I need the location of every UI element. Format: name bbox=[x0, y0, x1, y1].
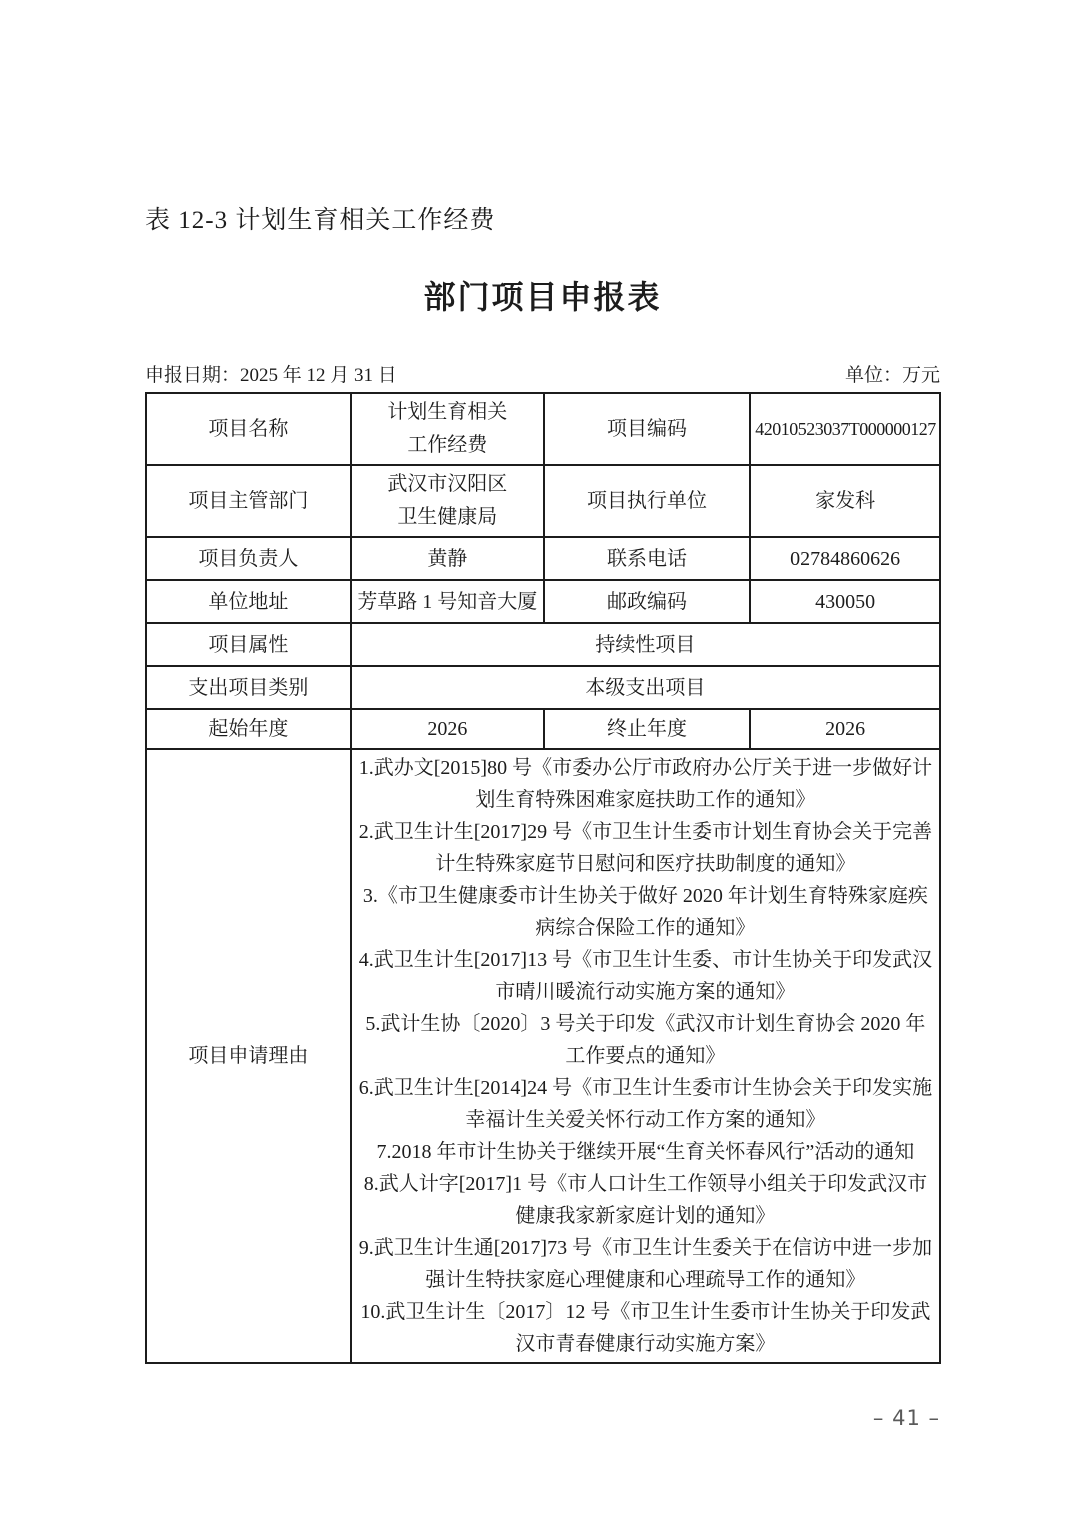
table-row: 支出项目类别 本级支出项目 bbox=[146, 666, 940, 709]
table-row: 单位地址 芳草路 1 号知音大厦 邮政编码 430050 bbox=[146, 580, 940, 623]
table-row: 项目属性 持续性项目 bbox=[146, 623, 940, 666]
postcode-label: 邮政编码 bbox=[544, 580, 750, 623]
document-page: 表 12-3 计划生育相关工作经费 部门项目申报表 申报日期：2025 年 12… bbox=[0, 0, 1074, 1520]
reason-item: 10.武卫生计生〔2017〕12 号《市卫生计生委市计生协关于印发武汉市青春健康… bbox=[356, 1296, 935, 1360]
exec-unit-label: 项目执行单位 bbox=[544, 465, 750, 537]
expense-type-value: 本级支出项目 bbox=[351, 666, 940, 709]
address-value: 芳草路 1 号知音大厦 bbox=[351, 580, 544, 623]
dept-value: 武汉市汉阳区 卫生健康局 bbox=[351, 465, 544, 537]
reason-item: 6.武卫生计生[2014]24 号《市卫生计生委市计生协会关于印发实施幸福计生关… bbox=[356, 1072, 935, 1136]
reason-item: 3.《市卫生健康委市计生协关于做好 2020 年计划生育特殊家庭疾病综合保险工作… bbox=[356, 880, 935, 944]
table-row: 项目申请理由 1.武办文[2015]80 号《市委办公厅市政府办公厅关于进一步做… bbox=[146, 749, 940, 1363]
reason-item: 5.武计生协〔2020〕3 号关于印发《武汉市计划生育协会 2020 年工作要点… bbox=[356, 1008, 935, 1072]
project-code-value: 42010523037T000000127 bbox=[750, 393, 940, 465]
postcode-value: 430050 bbox=[750, 580, 940, 623]
phone-value: 02784860626 bbox=[750, 537, 940, 580]
exec-unit-value: 家发科 bbox=[750, 465, 940, 537]
meta-line: 申报日期：2025 年 12 月 31 日 单位：万元 bbox=[145, 360, 940, 387]
attribute-value: 持续性项目 bbox=[351, 623, 940, 666]
unit-label: 单位：万元 bbox=[845, 360, 940, 387]
page-number: – 41 – bbox=[873, 1406, 940, 1430]
start-year-label: 起始年度 bbox=[146, 709, 351, 749]
address-label: 单位地址 bbox=[146, 580, 351, 623]
project-name-label: 项目名称 bbox=[146, 393, 351, 465]
apply-date: 申报日期：2025 年 12 月 31 日 bbox=[145, 360, 397, 387]
table-row: 项目负责人 黄静 联系电话 02784860626 bbox=[146, 537, 940, 580]
end-year-value: 2026 bbox=[750, 709, 940, 749]
leader-value: 黄静 bbox=[351, 537, 544, 580]
attribute-label: 项目属性 bbox=[146, 623, 351, 666]
end-year-label: 终止年度 bbox=[544, 709, 750, 749]
dept-label: 项目主管部门 bbox=[146, 465, 351, 537]
table-row: 起始年度 2026 终止年度 2026 bbox=[146, 709, 940, 749]
reason-item: 9.武卫生计生通[2017]73 号《市卫生计生委关于在信访中进一步加强计生特扶… bbox=[356, 1232, 935, 1296]
form-title: 部门项目申报表 bbox=[145, 272, 940, 318]
start-year-value: 2026 bbox=[351, 709, 544, 749]
table-row: 项目主管部门 武汉市汉阳区 卫生健康局 项目执行单位 家发科 bbox=[146, 465, 940, 537]
doc-label: 表 12-3 计划生育相关工作经费 bbox=[145, 200, 495, 236]
reason-item: 7.2018 年市计生协关于继续开展“生育关怀春风行”活动的通知 bbox=[356, 1136, 935, 1168]
reason-item: 4.武卫生计生[2017]13 号《市卫生计生委、市计生协关于印发武汉市晴川暖流… bbox=[356, 944, 935, 1008]
leader-label: 项目负责人 bbox=[146, 537, 351, 580]
reason-item: 2.武卫生计生[2017]29 号《市卫生计生委市计划生育协会关于完善计生特殊家… bbox=[356, 816, 935, 880]
reason-value: 1.武办文[2015]80 号《市委办公厅市政府办公厅关于进一步做好计划生育特殊… bbox=[351, 749, 940, 1363]
reason-item: 8.武人计字[2017]1 号《市人口计生工作领导小组关于印发武汉市健康我家新家… bbox=[356, 1168, 935, 1232]
phone-label: 联系电话 bbox=[544, 537, 750, 580]
table-row: 项目名称 计划生育相关 工作经费 项目编码 42010523037T000000… bbox=[146, 393, 940, 465]
project-name-value: 计划生育相关 工作经费 bbox=[351, 393, 544, 465]
application-form-table: 项目名称 计划生育相关 工作经费 项目编码 42010523037T000000… bbox=[145, 392, 941, 1364]
project-code-label: 项目编码 bbox=[544, 393, 750, 465]
reason-item: 1.武办文[2015]80 号《市委办公厅市政府办公厅关于进一步做好计划生育特殊… bbox=[356, 752, 935, 816]
expense-type-label: 支出项目类别 bbox=[146, 666, 351, 709]
reason-label: 项目申请理由 bbox=[146, 749, 351, 1363]
